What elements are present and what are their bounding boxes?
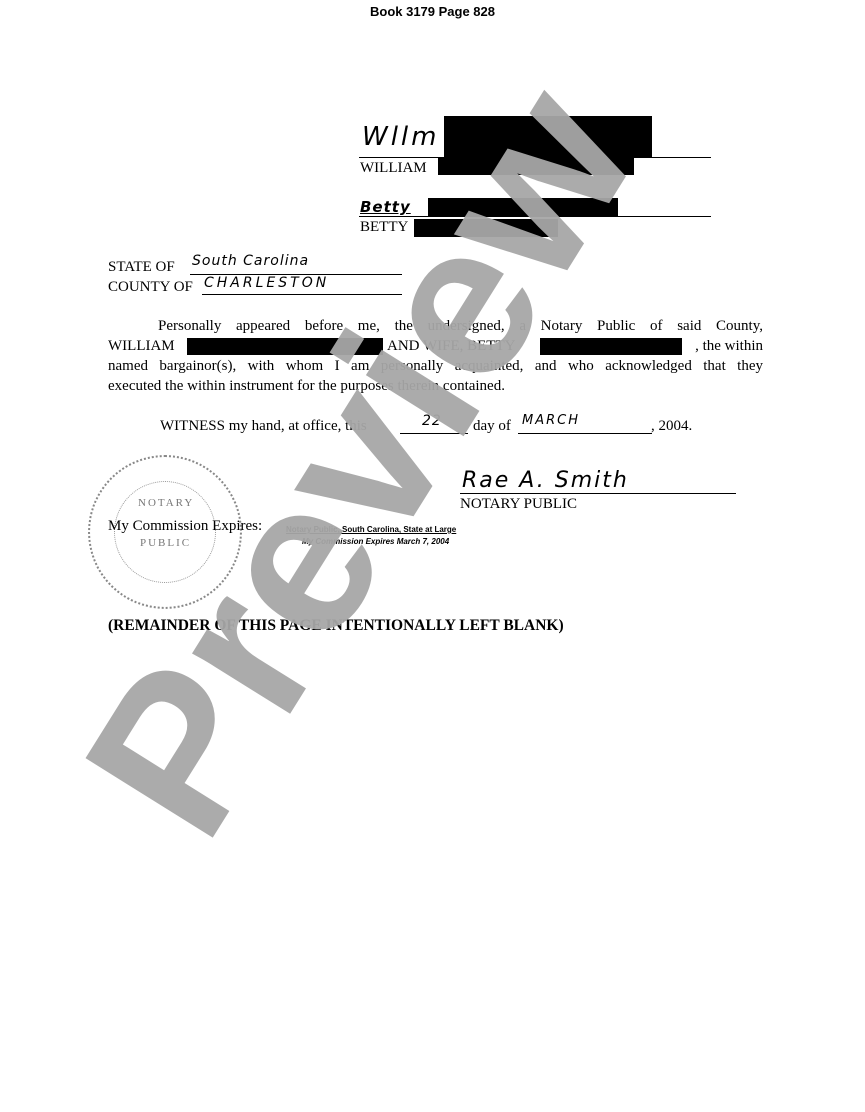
county-value: CHARLESTON bbox=[204, 275, 329, 291]
redaction-box bbox=[540, 338, 682, 355]
signature-line bbox=[359, 216, 711, 217]
day-of-label: day of bbox=[473, 416, 511, 436]
remainder-blank-note: (REMAINDER OF THIS PAGE INTENTIONALLY LE… bbox=[108, 616, 564, 636]
county-line bbox=[202, 294, 402, 295]
year-value: , 2004. bbox=[651, 416, 692, 436]
ack-and-wife-label: AND WIFE, BETTY bbox=[387, 336, 515, 356]
commission-label: My Commission Expires: bbox=[108, 516, 262, 536]
redaction-box bbox=[187, 338, 383, 355]
seal-bottom-text: PUBLIC bbox=[140, 537, 191, 549]
witness-prefix: WITNESS my hand, at office, this bbox=[160, 416, 367, 436]
ack-line-4: executed the within instrument for the p… bbox=[108, 376, 505, 396]
redaction-box bbox=[414, 219, 558, 237]
ack-line-2-tail: , the within bbox=[680, 336, 763, 356]
ack-line-3: named bargainor(s), with whom I am perso… bbox=[108, 356, 763, 376]
day-value: 22 bbox=[422, 413, 442, 429]
state-value: South Carolina bbox=[192, 253, 309, 269]
commission-stamp-line-1: Notary Public, South Carolina, State at … bbox=[286, 524, 456, 535]
redaction-box bbox=[444, 116, 652, 158]
redaction-box bbox=[438, 158, 634, 175]
month-line bbox=[518, 433, 652, 434]
ack-line-1: Personally appeared before me, the under… bbox=[108, 316, 763, 336]
state-label: STATE OF bbox=[108, 257, 175, 277]
month-value: MARCH bbox=[522, 413, 580, 428]
betty-signature: Betty bbox=[360, 198, 411, 216]
day-line bbox=[400, 433, 468, 434]
commission-stamp-line-2: My Commission Expires March 7, 2004 bbox=[302, 536, 449, 547]
county-label: COUNTY OF bbox=[108, 277, 193, 297]
notary-public-label: NOTARY PUBLIC bbox=[460, 494, 577, 514]
william-label: WILLIAM bbox=[360, 158, 427, 178]
ack-william-label: WILLIAM bbox=[108, 336, 175, 356]
redaction-box bbox=[428, 198, 618, 216]
betty-label: BETTY bbox=[360, 217, 408, 237]
seal-top-text: NOTARY bbox=[138, 497, 194, 509]
book-page-header: Book 3179 Page 828 bbox=[0, 4, 865, 19]
william-signature: Wllm bbox=[362, 122, 439, 152]
notary-signature: Rae A. Smith bbox=[462, 468, 629, 493]
